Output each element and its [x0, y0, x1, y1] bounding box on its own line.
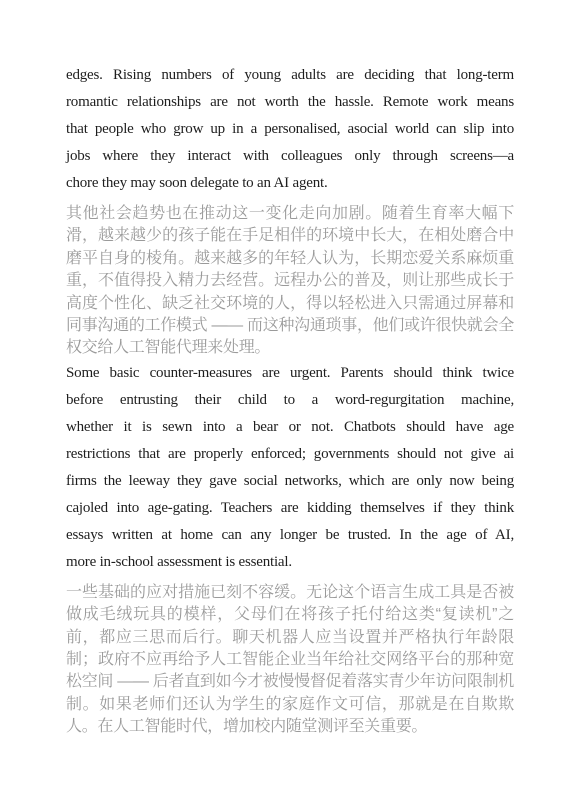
text-line: before entrusting their child to a word-… [66, 387, 514, 414]
text-line: chore they may soon delegate to an AI ag… [66, 170, 514, 197]
text-line: edges. Rising numbers of young adults ar… [66, 62, 514, 89]
text-line: 松空间 —— 后者直到如今才被慢慢督促着落实青少年访问限制机 [66, 671, 514, 693]
text-line: 滑，越来越少的孩子能在手足相伴的环境中长大，在相处磨合中 [66, 225, 514, 247]
text-line: 人。在人工智能时代，增加校内随堂测评至关重要。 [66, 716, 514, 738]
text-line: 做成毛绒玩具的模样，父母们在将孩子托付给这类“复读机”之 [66, 604, 514, 626]
text-line: romantic relationships are not worth the… [66, 89, 514, 116]
text-line: 制；政府不应再给予人工智能企业当年给社交网络平台的那种宽 [66, 649, 514, 671]
document-page: edges. Rising numbers of young adults ar… [0, 0, 569, 800]
text-line: jobs where they interact with colleagues… [66, 143, 514, 170]
text-line: firms the leeway they gave social networ… [66, 468, 514, 495]
text-line: 一些基础的应对措施已刻不容缓。无论这个语言生成工具是否被 [66, 582, 514, 604]
paragraph-zh-2: 一些基础的应对措施已刻不容缓。无论这个语言生成工具是否被做成毛绒玩具的模样，父母… [66, 582, 514, 739]
text-line: 前，都应三思而后行。聊天机器人应当设置并严格执行年龄限 [66, 627, 514, 649]
text-line: that people who grow up in a personalise… [66, 116, 514, 143]
text-line: 磨平自身的棱角。越来越多的年轻人认为，长期恋爱关系麻烦重 [66, 248, 514, 270]
text-line: more in-school assessment is essential. [66, 549, 514, 576]
text-line: 重，不值得投入精力去经营。远程办公的普及，则让那些成长于 [66, 270, 514, 292]
text-line: 其他社会趋势也在推动这一变化走向加剧。随着生育率大幅下 [66, 203, 514, 225]
text-line: 制。如果老师们还认为学生的家庭作文可信，那就是在自欺欺 [66, 694, 514, 716]
text-line: 高度个性化、缺乏社交环境的人，得以轻松进入只需通过屏幕和 [66, 293, 514, 315]
text-line: whether it is sewn into a bear or not. C… [66, 414, 514, 441]
text-line: Some basic counter-measures are urgent. … [66, 360, 514, 387]
paragraph-en-1: edges. Rising numbers of young adults ar… [66, 62, 514, 197]
text-line: 同事沟通的工作模式 —— 而这种沟通琐事，他们或许很快就会全 [66, 315, 514, 337]
paragraph-en-2: Some basic counter-measures are urgent. … [66, 360, 514, 576]
text-line: essays written at home can any longer be… [66, 522, 514, 549]
paragraph-zh-1: 其他社会趋势也在推动这一变化走向加剧。随着生育率大幅下滑，越来越少的孩子能在手足… [66, 203, 514, 360]
text-line: cajoled into age-gating. Teachers are ki… [66, 495, 514, 522]
text-line: 权交给人工智能代理来处理。 [66, 337, 514, 359]
article-body: edges. Rising numbers of young adults ar… [66, 62, 514, 739]
text-line: restrictions that are properly enforced;… [66, 441, 514, 468]
